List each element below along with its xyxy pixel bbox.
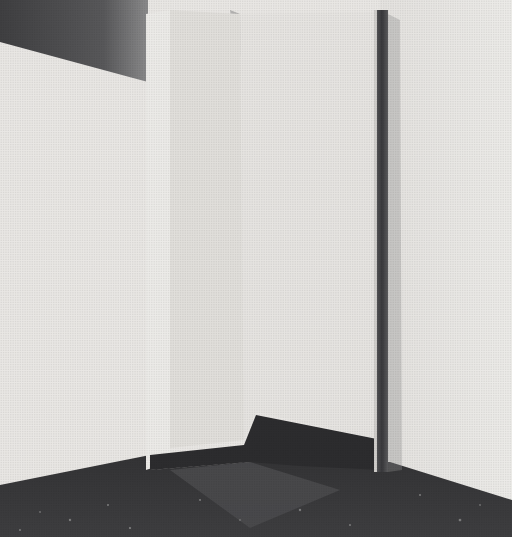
photograph: Black-and-white halftone photograph of a… xyxy=(0,0,512,537)
center-panel xyxy=(170,10,244,448)
sculpture-scene xyxy=(0,0,512,537)
post-shadow xyxy=(388,14,402,472)
left-panel-edge xyxy=(146,10,170,470)
post-highlight xyxy=(374,10,377,472)
right-panel xyxy=(240,12,382,440)
vertical-post xyxy=(376,10,388,472)
